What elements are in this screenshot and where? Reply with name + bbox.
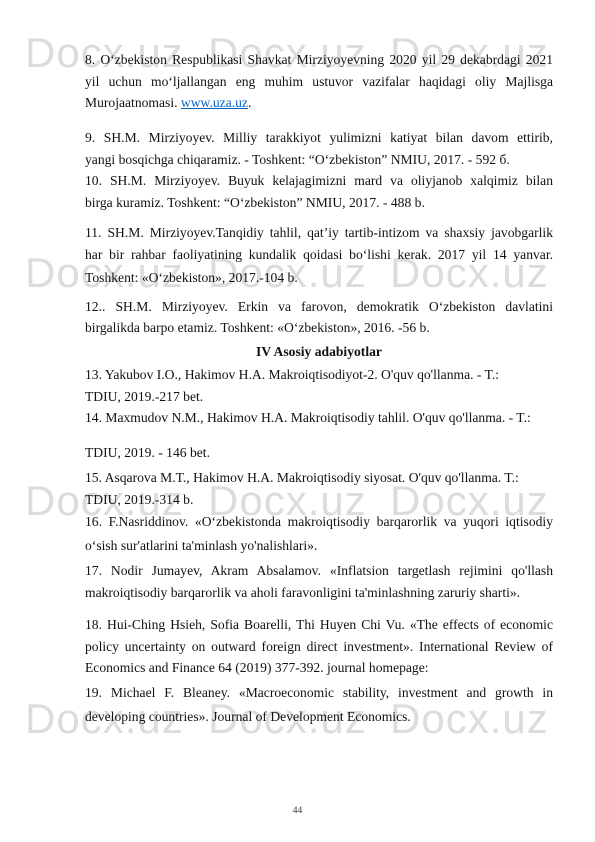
- reference-line: Murojaatnomasi. www.uza.uz.: [85, 92, 553, 114]
- reference-line: yil uchun mo‘ljallangan eng muhim ustuvo…: [85, 71, 553, 93]
- line-text: 16. F.Nasriddinov. «O‘zbekistonda makroi…: [85, 514, 553, 529]
- line-text: Toshkent: «O‘zbekiston», 2017.-104 b.: [85, 270, 298, 285]
- line-text: 9. SH.M. Mirziyoyev. Milliy tarakkiyot y…: [85, 130, 553, 145]
- line-text: 15. Asqarova M.T., Hakimov H.A. Makroiqt…: [85, 470, 519, 485]
- page-number: 44: [0, 806, 595, 816]
- reference-line: o‘sish sur'atlarini ta'minlash yo'nalish…: [85, 535, 553, 557]
- reference-line: 13. Yakubov I.O., Hakimov H.A. Makroiqti…: [85, 364, 553, 386]
- line-text: Economics and Finance 64 (2019) 377-392.…: [85, 660, 429, 675]
- reference-line: 11. SH.M. Mirziyoyev.Tanqidiy tahlil, qa…: [85, 222, 553, 244]
- website-link[interactable]: www.uza.uz: [181, 95, 248, 110]
- line-text: makroiqtisodiy barqarorlik va aholi fara…: [85, 585, 520, 600]
- reference-line: 8. O‘zbekiston Respublikasi Shavkat Mirz…: [85, 49, 553, 71]
- line-text: 13. Yakubov I.O., Hakimov H.A. Makroiqti…: [85, 367, 499, 382]
- line-text: 11. SH.M. Mirziyoyev.Tanqidiy tahlil, qa…: [85, 225, 553, 240]
- line-text: yil uchun mo‘ljallangan eng muhim ustuvo…: [85, 74, 553, 89]
- reference-line: makroiqtisodiy barqarorlik va aholi fara…: [85, 582, 553, 604]
- line-text: policy uncertainty on outward foreign di…: [85, 639, 553, 654]
- line-text: o‘sish sur'atlarini ta'minlash yo'nalish…: [85, 538, 317, 553]
- line-text: TDIU, 2019.-217 bet.: [85, 389, 203, 404]
- reference-line: birga kuramiz. Toshkent: “O‘zbekiston” N…: [85, 192, 553, 214]
- line-text: 12.. SH.M. Mirziyoyev. Erkin va farovon,…: [85, 299, 553, 314]
- reference-line: 15. Asqarova M.T., Hakimov H.A. Makroiqt…: [85, 467, 553, 489]
- section-heading: IV Asosiy adabiyotlar: [85, 341, 553, 363]
- line-text: 8. O‘zbekiston Respublikasi Shavkat Mirz…: [85, 52, 553, 67]
- document-page: Docx.uzDocx.uzDocx.uzDocx.uzDocx.uzDocx.…: [0, 0, 595, 842]
- reference-line: birgalikda barpo etamiz. Toshkent: «O‘zb…: [85, 317, 553, 339]
- reference-line: developing countries». Journal of Develo…: [85, 706, 553, 728]
- reference-line: yangi bosqichga chiqaramiz. - Toshkent: …: [85, 149, 553, 171]
- reference-line: 16. F.Nasriddinov. «O‘zbekistonda makroi…: [85, 511, 553, 533]
- reference-line: 10. SH.M. Mirziyoyev. Buyuk kelajagimizn…: [85, 170, 553, 192]
- line-text: yangi bosqichga chiqaramiz. - Toshkent: …: [85, 152, 510, 167]
- reference-line: 19. Michael F. Bleaney. «Macroeconomic s…: [85, 682, 553, 704]
- line-text: 14. Maxmudov N.M., Hakimov H.A. Makroiqt…: [85, 410, 531, 425]
- line-text: 17. Nodir Jumayev, Akram Absalamov. «Inf…: [85, 563, 553, 578]
- line-text: IV Asosiy adabiyotlar: [256, 344, 382, 359]
- line-text: developing countries». Journal of Develo…: [85, 709, 411, 724]
- line-text: 18. Hui-Ching Hsieh, Sofia Boarelli, Thi…: [85, 617, 553, 632]
- reference-line: 17. Nodir Jumayev, Akram Absalamov. «Inf…: [85, 560, 553, 582]
- reference-line: 9. SH.M. Mirziyoyev. Milliy tarakkiyot y…: [85, 127, 553, 149]
- reference-line: TDIU, 2019.-314 b.: [85, 489, 553, 511]
- reference-line: 12.. SH.M. Mirziyoyev. Erkin va farovon,…: [85, 296, 553, 318]
- reference-line: TDIU, 2019.-217 bet.: [85, 386, 553, 408]
- reference-line: 18. Hui-Ching Hsieh, Sofia Boarelli, Thi…: [85, 614, 553, 636]
- reference-line: har bir rahbar faoliyatining kundalik qo…: [85, 244, 553, 266]
- line-text: 10. SH.M. Mirziyoyev. Buyuk kelajagimizn…: [85, 173, 553, 188]
- line-text: 19. Michael F. Bleaney. «Macroeconomic s…: [85, 685, 553, 700]
- reference-line: Toshkent: «O‘zbekiston», 2017.-104 b.: [85, 267, 553, 289]
- reference-line: TDIU, 2019. - 146 bet.: [85, 442, 553, 464]
- line-text: TDIU, 2019. - 146 bet.: [85, 445, 210, 460]
- reference-line: policy uncertainty on outward foreign di…: [85, 636, 553, 658]
- line-text: birga kuramiz. Toshkent: “O‘zbekiston” N…: [85, 195, 425, 210]
- reference-line: 14. Maxmudov N.M., Hakimov H.A. Makroiqt…: [85, 407, 553, 429]
- line-text: TDIU, 2019.-314 b.: [85, 492, 193, 507]
- line-text: .: [248, 95, 251, 110]
- line-text: Murojaatnomasi.: [85, 95, 181, 110]
- line-text: har bir rahbar faoliyatining kundalik qo…: [85, 247, 553, 262]
- reference-line: Economics and Finance 64 (2019) 377-392.…: [85, 657, 553, 679]
- line-text: birgalikda barpo etamiz. Toshkent: «O‘zb…: [85, 320, 430, 335]
